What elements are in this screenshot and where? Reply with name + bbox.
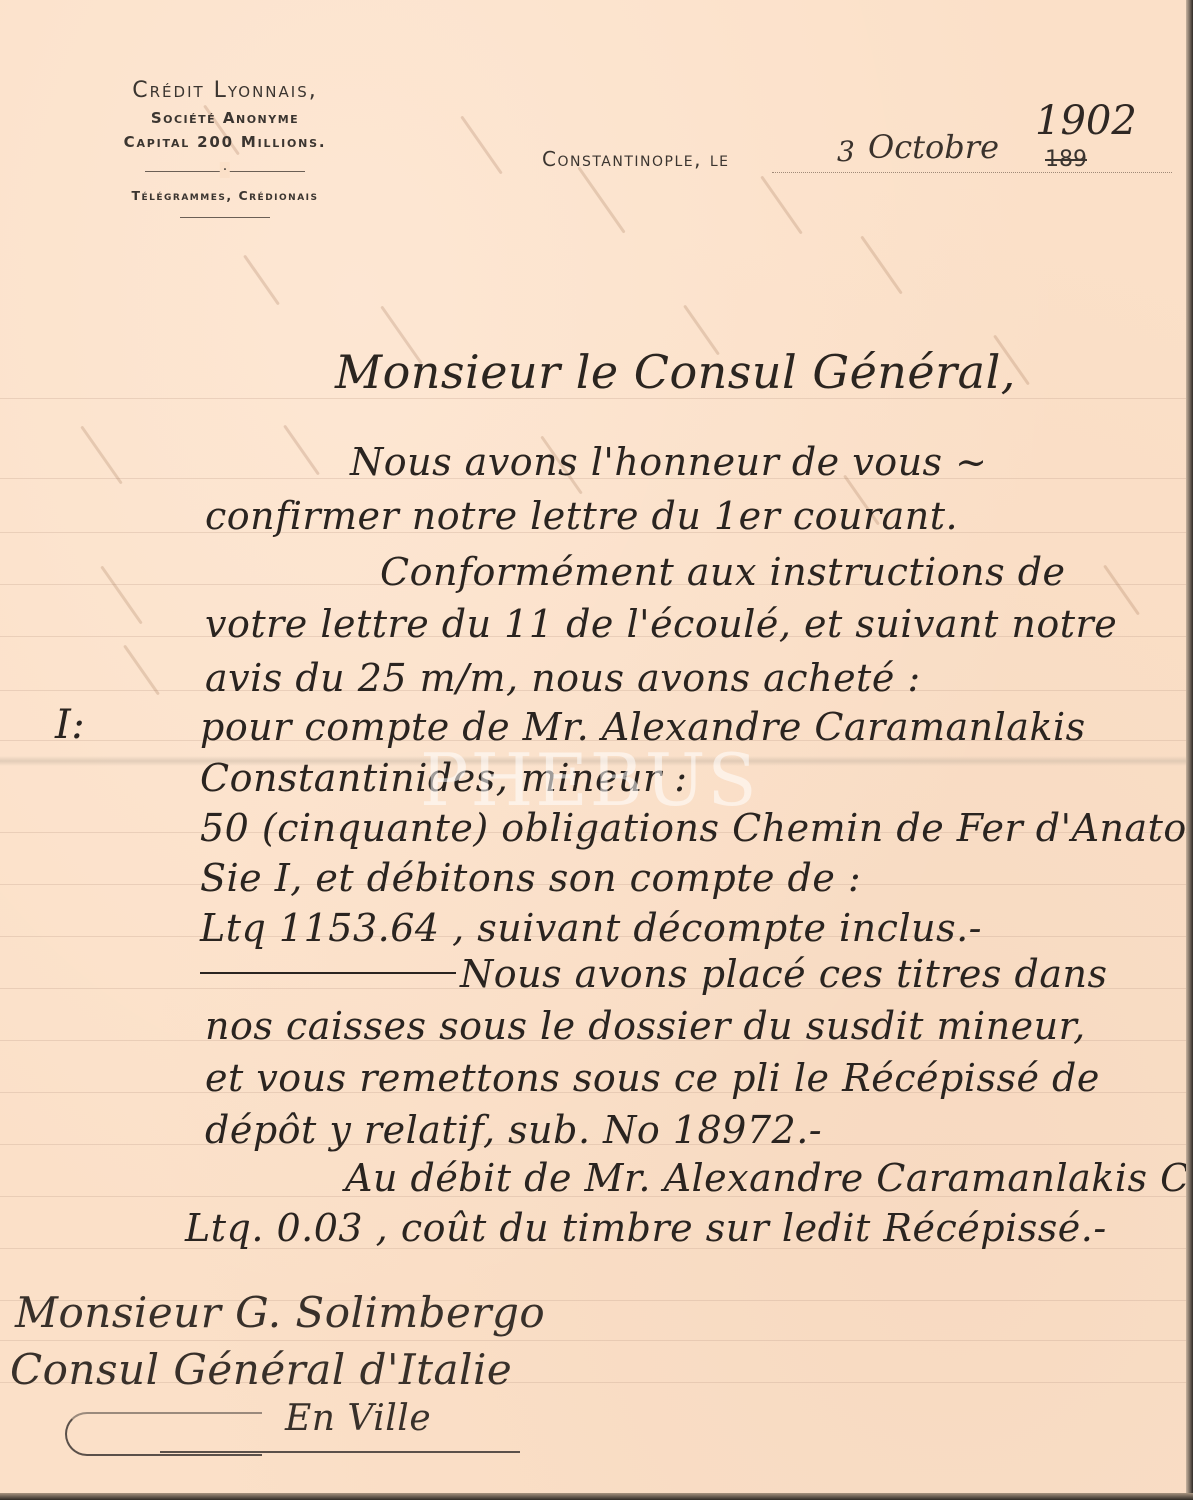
body-line: Conformément aux instructions de xyxy=(380,550,1066,594)
bleed-through-stroke xyxy=(123,645,160,696)
bleed-through-stroke xyxy=(460,115,503,174)
margin-marker: I: xyxy=(55,702,85,748)
address-line: Monsieur G. Solimbergo xyxy=(15,1288,545,1337)
body-line: Sie I, et débitons son compte de : xyxy=(200,856,861,900)
date-day: 3 xyxy=(837,135,855,168)
bleed-through-stroke xyxy=(860,235,903,294)
address-line: Consul Général d'Italie xyxy=(10,1345,512,1394)
bleed-through-stroke xyxy=(283,425,320,476)
blank-rule xyxy=(200,972,456,974)
body-line: Constantinides, mineur : xyxy=(200,756,688,800)
bleed-through-stroke xyxy=(760,175,803,234)
scan-edge xyxy=(0,1493,1193,1500)
body-line: Ltq 1153.64 , suivant décompte inclus.- xyxy=(200,906,982,950)
body-line: avis du 25 m/m, nous avons acheté : xyxy=(205,656,921,700)
company-name: Crédit Lyonnais, xyxy=(50,78,400,103)
ornamental-divider xyxy=(180,217,270,218)
telegram-address: Télégrammes, Crédionais xyxy=(50,188,400,203)
date-month: Octobre xyxy=(868,128,999,166)
bleed-through-stroke xyxy=(577,166,625,233)
body-line: 50 (cinquante) obligations Chemin de Fer… xyxy=(200,806,1186,850)
ruled-line xyxy=(0,1340,1186,1341)
body-line: Nous avons placé ces titres dans xyxy=(460,952,1107,996)
body-line: dépôt y relatif, sub. No 18972.- xyxy=(205,1108,822,1152)
ornamental-divider xyxy=(145,171,305,172)
date-dotted-line xyxy=(772,172,1172,173)
letterhead: Crédit Lyonnais, Société Anonyme Capital… xyxy=(50,78,400,218)
body-line: votre lettre du 11 de l'écoulé, et suiva… xyxy=(205,602,1117,646)
body-line: Nous avons l'honneur de vous ~ xyxy=(350,440,987,484)
body-line: Au débit de Mr. Alexandre Caramanlakis C… xyxy=(345,1156,1186,1200)
date-printed-year-struck: 189 xyxy=(1045,147,1087,172)
signature-flourish xyxy=(65,1412,262,1456)
signature-flourish xyxy=(160,1451,520,1453)
bleed-through-stroke xyxy=(243,255,280,306)
body-line: et vous remettons sous ce pli le Récépis… xyxy=(205,1056,1100,1100)
body-line: confirmer notre lettre du 1er courant. xyxy=(205,494,958,538)
body-line: pour compte de Mr. Alexandre Caramanlaki… xyxy=(200,705,1086,749)
scan-edge xyxy=(1186,0,1193,1500)
bleed-through-stroke xyxy=(80,425,123,484)
company-capital: Capital 200 Millions. xyxy=(50,133,400,151)
body-line: nos caisses sous le dossier du susdit mi… xyxy=(205,1004,1086,1048)
dateline-place: Constantinople, le xyxy=(542,147,729,171)
letter-page: Crédit Lyonnais, Société Anonyme Capital… xyxy=(0,0,1186,1493)
bleed-through-stroke xyxy=(100,565,143,624)
body-line: Ltq. 0.03 , coût du timbre sur ledit Réc… xyxy=(185,1206,1107,1250)
address-line: En Ville xyxy=(285,1398,431,1439)
date-written-year: 1902 xyxy=(1035,98,1137,144)
company-type: Société Anonyme xyxy=(50,109,400,127)
salutation: Monsieur le Consul Général, xyxy=(335,345,1016,399)
